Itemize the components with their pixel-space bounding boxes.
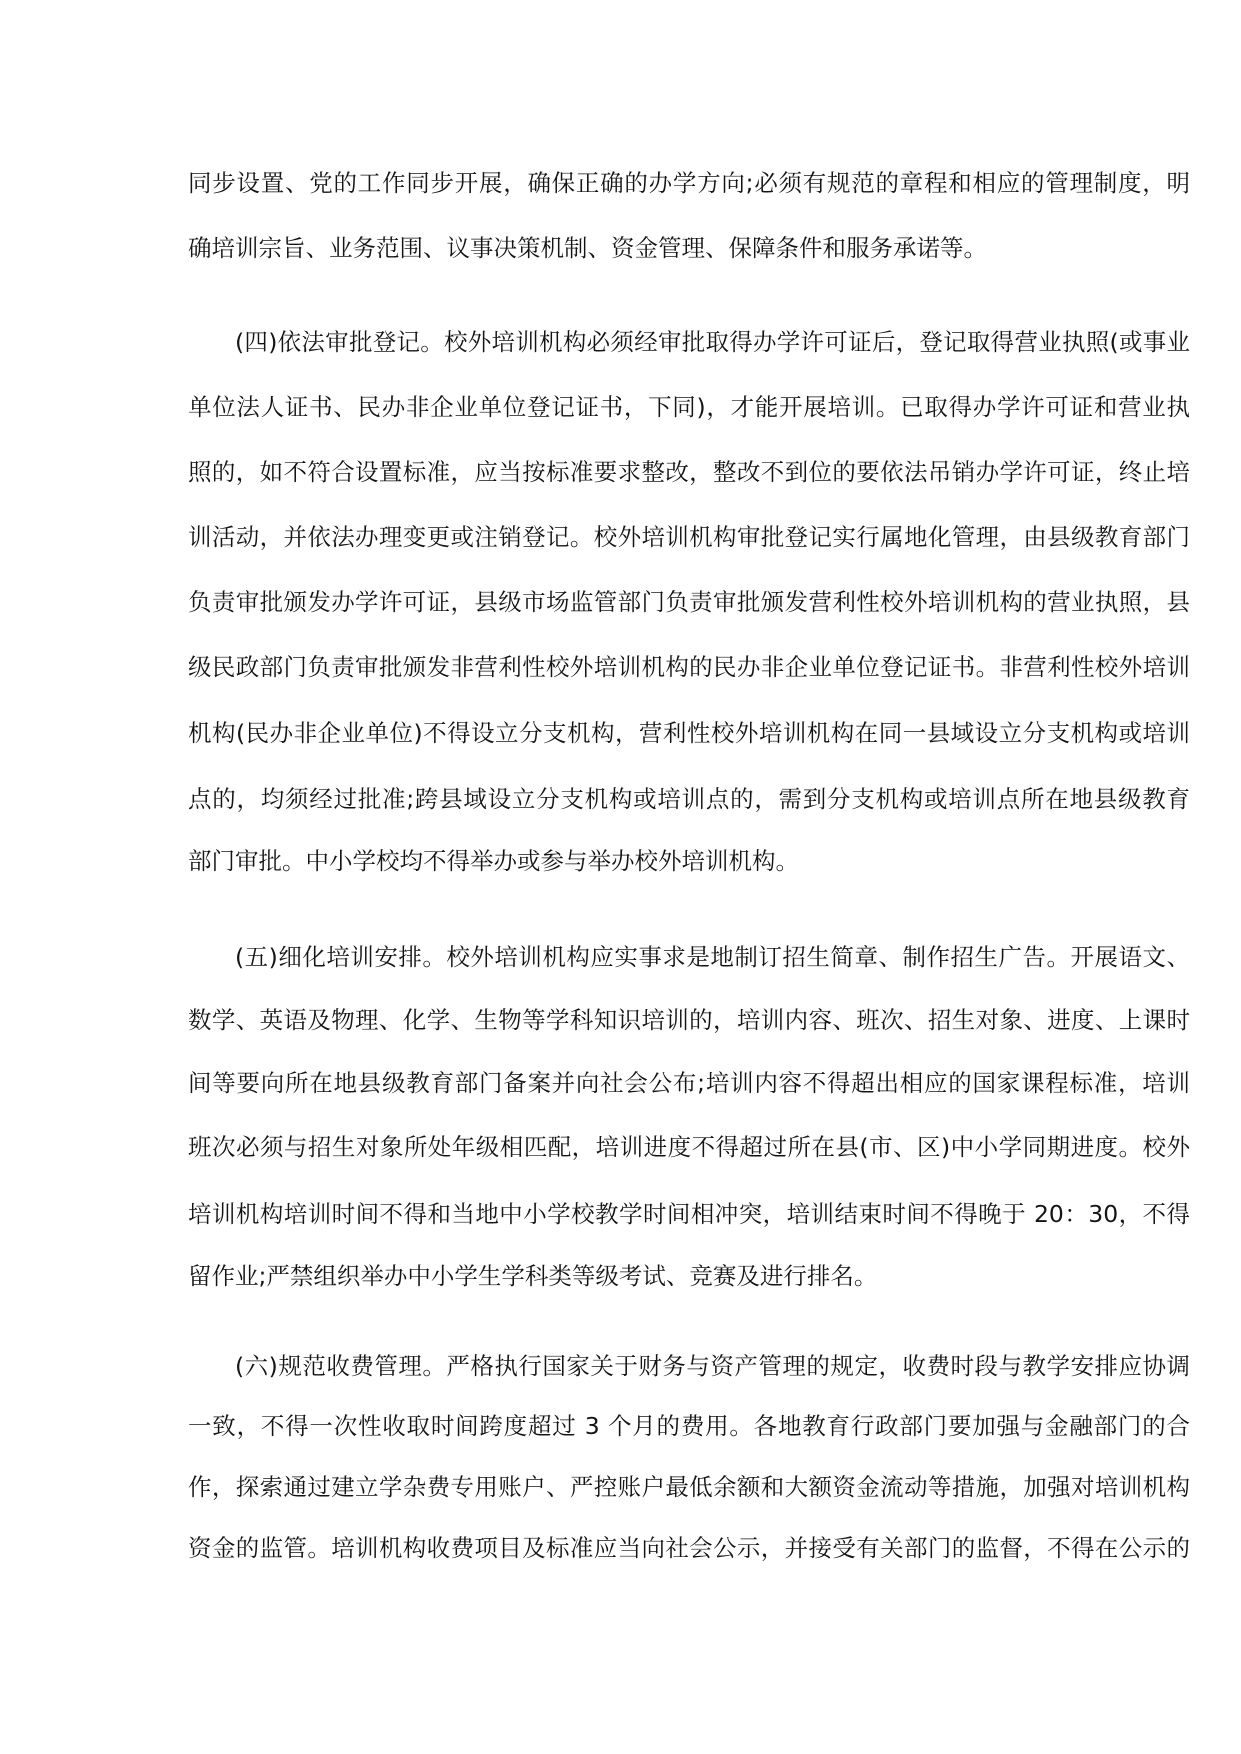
paragraph-line: 训活动，并依法办理变更或注销登记。校外培训机构审批登记实行属地化管理，由县级教育… bbox=[188, 522, 1190, 552]
paragraph-line: 作，探索通过建立学杂费专用账户、严控账户最低余额和大额资金流动等措施，加强对培训… bbox=[188, 1472, 1190, 1502]
paragraph-line: 点的，均须经过批准;跨县域设立分支机构或培训点的，需到分支机构或培训点所在地县级… bbox=[188, 784, 1190, 814]
paragraph-line: 间等要向所在地县级教育部门备案并向社会公布;培训内容不得超出相应的国家课程标准，… bbox=[188, 1068, 1190, 1098]
paragraph-line: 确培训宗旨、业务范围、议事决策机制、资金管理、保障条件和服务承诺等。 bbox=[188, 233, 1190, 263]
paragraph-line: 单位法人证书、民办非企业单位登记证书，下同)，才能开展培训。已取得办学许可证和营… bbox=[188, 392, 1190, 422]
paragraph-line: 部门审批。中小学校均不得举办或参与举办校外培训机构。 bbox=[188, 846, 1190, 876]
section-5-first-line: (五)细化培训安排。校外培训机构应实事求是地制订招生简章、制作招生广告。开展语文… bbox=[235, 942, 1190, 972]
document-page: 同步设置、党的工作同步开展，确保正确的办学方向;必须有规范的章程和相应的管理制度… bbox=[0, 0, 1241, 1754]
paragraph-line: 同步设置、党的工作同步开展，确保正确的办学方向;必须有规范的章程和相应的管理制度… bbox=[188, 168, 1190, 198]
paragraph-line: 资金的监管。培训机构收费项目及标准应当向社会公示，并接受有关部门的监督，不得在公… bbox=[188, 1533, 1190, 1563]
section-4-first-line: (四)依法审批登记。校外培训机构必须经审批取得办学许可证后，登记取得营业执照(或… bbox=[235, 327, 1190, 357]
paragraph-line: 留作业;严禁组织举办中小学生学科类等级考试、竞赛及进行排名。 bbox=[188, 1261, 1190, 1291]
paragraph-line: 培训机构培训时间不得和当地中小学校教学时间相冲突，培训结束时间不得晚于 20：3… bbox=[188, 1199, 1190, 1229]
paragraph-line: 班次必须与招生对象所处年级相匹配，培训进度不得超过所在县(市、区)中小学同期进度… bbox=[188, 1132, 1190, 1162]
paragraph-line: 机构(民办非企业单位)不得设立分支机构，营利性校外培训机构在同一县域设立分支机构… bbox=[188, 718, 1190, 748]
paragraph-line: 级民政部门负责审批颁发非营利性校外培训机构的民办非企业单位登记证书。非营利性校外… bbox=[188, 652, 1190, 682]
paragraph-line: 负责审批颁发办学许可证，县级市场监管部门负责审批颁发营利性校外培训机构的营业执照… bbox=[188, 587, 1190, 617]
paragraph-line: 数学、英语及物理、化学、生物等学科知识培训的，培训内容、班次、招生对象、进度、上… bbox=[188, 1005, 1190, 1035]
section-6-first-line: (六)规范收费管理。严格执行国家关于财务与资产管理的规定，收费时段与教学安排应协… bbox=[235, 1351, 1190, 1381]
paragraph-line: 一致，不得一次性收取时间跨度超过 3 个月的费用。各地教育行政部门要加强与金融部… bbox=[188, 1411, 1190, 1441]
paragraph-line: 照的，如不符合设置标准，应当按标准要求整改，整改不到位的要依法吊销办学许可证，终… bbox=[188, 457, 1190, 487]
